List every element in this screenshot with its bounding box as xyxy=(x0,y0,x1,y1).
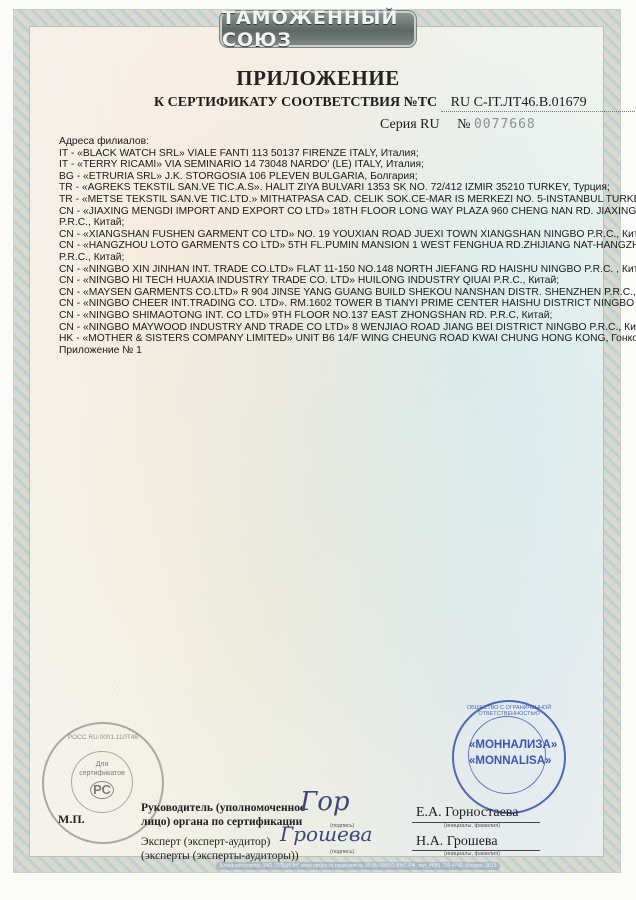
rs-certification-logo-icon: РС xyxy=(90,781,114,799)
customs-union-banner: ТАМОЖЕННЫЙ СОЮЗ xyxy=(222,13,414,45)
certificate-no-label: №ТС xyxy=(404,95,438,110)
stamp-company-en: «MONNALISA» xyxy=(469,753,545,769)
expert-signature: Грошева xyxy=(280,822,372,846)
address-line: HK - «MOTHER & SISTERS COMPANY LIMITED» … xyxy=(59,333,599,345)
head-name: Е.А. Горностаева xyxy=(416,805,518,821)
stamp-center-line: Для xyxy=(72,760,132,769)
branch-addresses: Адреса филиалов: IT - «BLACK WATCH SRL» … xyxy=(59,136,599,356)
address-line: CN - «JIAXING MENGDI IMPORT AND EXPORT C… xyxy=(59,206,599,218)
address-line: CN - «NINGBO HI TECH HUAXIA INDUSTRY TRA… xyxy=(59,275,599,287)
no-label: № xyxy=(457,117,470,132)
address-line: CN - «NINGBO MAYWOOD INDUSTRY AND TRADE … xyxy=(59,322,599,334)
print-imprint: Бланк изготовлен ЗАО "ОПЦИОН" www.opcion… xyxy=(216,862,500,870)
expert-label: (эксперты (эксперты-аудиторы)) xyxy=(141,850,305,864)
head-signature: Гор xyxy=(300,787,350,817)
blank-number: 0077668 xyxy=(474,117,536,132)
address-line: CN - «MAYSEN GARMENTS CO.LTD» R 904 JINS… xyxy=(59,287,599,299)
signature-caption: (подпись) xyxy=(330,849,354,855)
address-line: CN - «NINGBO SHIMAOTONG INT. CO LTD» 9TH… xyxy=(59,310,599,322)
series-label: Серия xyxy=(380,117,417,132)
address-line: P.R.C., Китай; xyxy=(59,217,599,229)
page-title: ПРИЛОЖЕНИЕ xyxy=(0,66,636,91)
stamp-center-line: сертификатов xyxy=(72,769,132,778)
certificate-label: К СЕРТИФИКАТУ СООТВЕТСТВИЯ xyxy=(154,95,400,110)
applicant-company-stamp: ОБЩЕСТВО С ОГРАНИЧЕННОЙ ОТВЕТСТВЕННОСТЬЮ… xyxy=(452,700,566,814)
initials-caption: (инициалы, фамилия) xyxy=(444,823,500,829)
stamp-ring-text: РОСС RU.0001.11ЛТ46 xyxy=(44,734,162,741)
series-value: RU xyxy=(420,117,439,132)
address-line: P.R.C., Китай; xyxy=(59,252,599,264)
head-label: Руководитель (уполномоченное xyxy=(141,802,305,816)
stamp-center: «МОННАЛИЗА» «MONNALISA» xyxy=(468,716,546,794)
address-line: BG - «ETRURIA SRL» J.K. STORGOSIA 106 PL… xyxy=(59,171,599,183)
address-line: IT - «TERRY RICAMI» VIA SEMINARIO 14 730… xyxy=(59,159,599,171)
addresses-heading: Адреса филиалов: xyxy=(59,136,599,148)
address-line: TR - «AGREKS TEKSTIL SAN.VE TIC.A.S». HA… xyxy=(59,182,599,194)
expert-name: Н.А. Грошева xyxy=(416,834,498,850)
address-line: CN - «HANGZHOU LOTO GARMENTS CO LTD» 5TH… xyxy=(59,240,599,252)
address-line: CN - «NINGBO CHEER INT.TRADING CO. LTD».… xyxy=(59,298,599,310)
stamp-center: Для сертификатов РС xyxy=(71,751,133,813)
address-line: CN - «XIANGSHAN FUSHEN GARMENT CO LTD» N… xyxy=(59,229,599,241)
address-line: IT - «BLACK WATCH SRL» VIALE FANTI 113 5… xyxy=(59,148,599,160)
initials-caption: (инициалы, фамилия) xyxy=(444,851,500,857)
certificate-number: RU C-IT.ЛТ46.В.01679 xyxy=(441,95,635,112)
seal-place-label: М.П. xyxy=(58,812,85,827)
appendix-reference: Приложение № 1 xyxy=(59,345,599,357)
stamp-company-ru: «МОННАЛИЗА» xyxy=(469,737,545,753)
address-line: CN - «NINGBO XIN JINHAN INT. TRADE CO.LT… xyxy=(59,264,599,276)
series-line: Серия RU № 0077668 xyxy=(380,117,536,133)
certificate-reference: К СЕРТИФИКАТУ СООТВЕТСТВИЯ №ТС RU C-IT.Л… xyxy=(154,95,635,112)
address-line: TR - «METSE TEKSTIL SAN.VE TIC.LTD.» MIT… xyxy=(59,194,599,206)
